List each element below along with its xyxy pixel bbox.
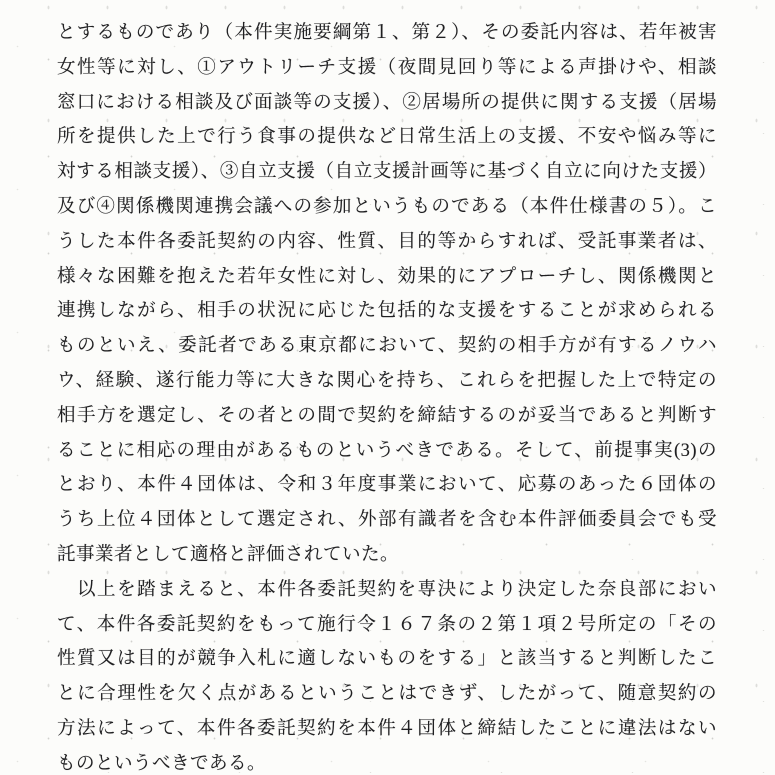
text-line: ものといえ、委託者である東京都において、契約の相手方が有するノウハ bbox=[57, 329, 717, 364]
text-line: 託事業者として適格と評価されていた。 bbox=[57, 538, 717, 573]
text-line: 以上を踏まえると、本件各委託契約を専決により決定した奈良部におい bbox=[57, 573, 717, 608]
text-line: 連携しながら、相手の状況に応じた包括的な支援をすることが求められる bbox=[57, 294, 717, 329]
text-line: うち上位４団体として選定され、外部有識者を含む本件評価委員会でも受 bbox=[57, 503, 717, 538]
text-line: 女性等に対し、①アウトリーチ支援（夜間見回り等による声掛けや、相談 bbox=[57, 51, 717, 86]
text-line: うした本件各委託契約の内容、性質、目的等からすれば、受託事業者は、 bbox=[57, 225, 717, 260]
text-line: 及び④関係機関連携会議への参加というものである（本件仕様書の５）。こ bbox=[57, 190, 717, 225]
text-line: 様々な困難を抱えた若年女性に対し、効果的にアプローチし、関係機関と bbox=[57, 260, 717, 295]
text-line: とするものであり（本件実施要綱第１、第２）、その委託内容は、若年被害 bbox=[57, 16, 717, 51]
document-page: とするものであり（本件実施要綱第１、第２）、その委託内容は、若年被害 女性等に対… bbox=[0, 0, 775, 775]
text-block: とするものであり（本件実施要綱第１、第２）、その委託内容は、若年被害 女性等に対… bbox=[57, 16, 717, 775]
text-line: とに合理性を欠く点があるということはできず、したがって、随意契約の bbox=[57, 677, 717, 712]
text-line: とおり、本件４団体は、令和３年度事業において、応募のあった６団体の bbox=[57, 468, 717, 503]
text-line: 性質又は目的が競争入札に適しないものをする」と該当すると判断したこ bbox=[57, 642, 717, 677]
text-line: 窓口における相談及び面談等の支援）、②居場所の提供に関する支援（居場 bbox=[57, 86, 717, 121]
text-line: 相手方を選定し、その者との間で契約を締結するのが妥当であると判断す bbox=[57, 399, 717, 434]
text-line: 方法によって、本件各委託契約を本件４団体と締結したことに違法はない bbox=[57, 712, 717, 747]
text-line: ることに相応の理由があるものというべきである。そして、前提事実(3)の bbox=[57, 434, 717, 469]
text-line: ウ、経験、遂行能力等に大きな関心を持ち、これらを把握した上で特定の bbox=[57, 364, 717, 399]
text-line: 対する相談支援）、③自立支援（自立支援計画等に基づく自立に向けた支援） bbox=[57, 155, 717, 190]
text-line: ものというべきである。 bbox=[57, 747, 717, 775]
text-line: て、本件各委託契約をもって施行令１６７条の２第１項２号所定の「その bbox=[57, 608, 717, 643]
text-line: 所を提供した上で行う食事の提供など日常生活上の支援、不安や悩み等に bbox=[57, 120, 717, 155]
